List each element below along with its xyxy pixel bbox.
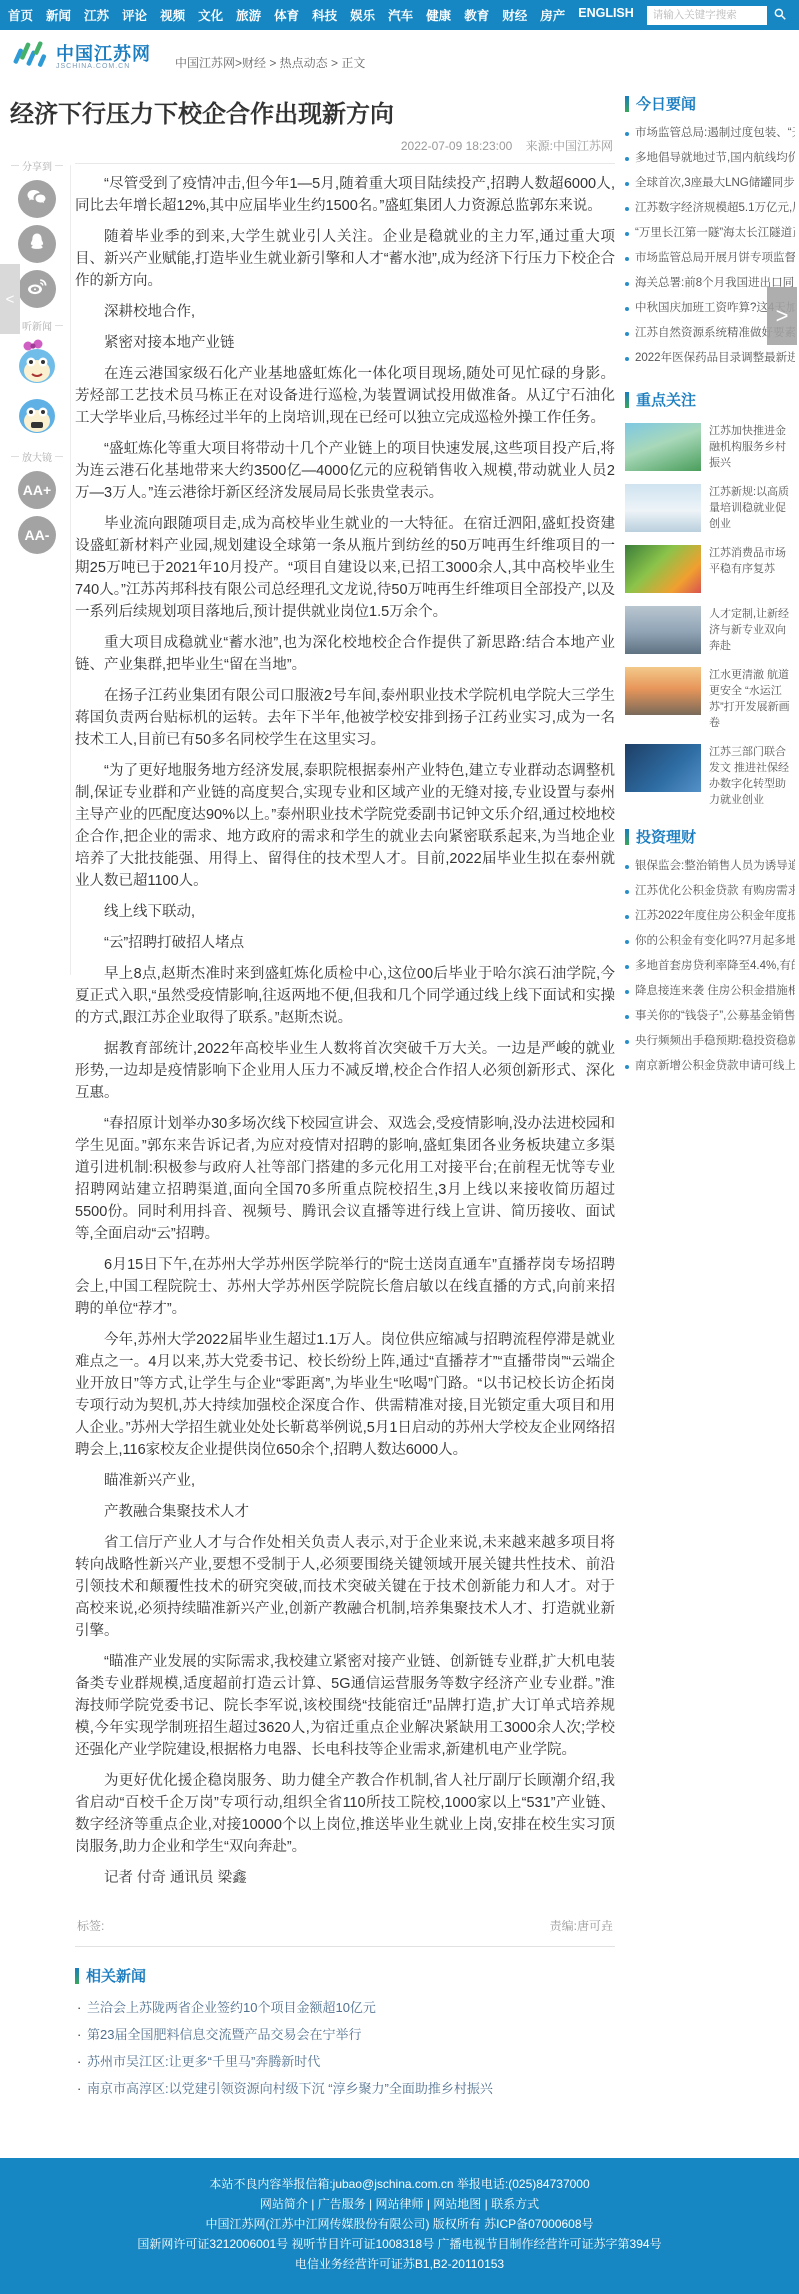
article-body: 2022-07-09 18:23:00 来源:中国江苏网 “尽管受到了疫情冲击,… [75, 129, 615, 2130]
nav-item[interactable]: 旅游 [236, 6, 261, 24]
breadcrumb[interactable]: 中国江苏网>财经 > 热点动态 > 正文 [175, 54, 365, 71]
focus-thumbnail[interactable] [625, 423, 701, 471]
article-date: 2022-07-09 18:23:00 [401, 139, 512, 153]
article-paragraph: 随着毕业季的到来,大学生就业引人关注。企业是稳就业的主力军,通过重大项目、新兴产… [75, 226, 615, 292]
focus-list: 江苏加快推进金融机构服务乡村振兴 江苏新规:以高质量培训稳就业促创业 江苏消费品… [625, 423, 795, 808]
article-paragraph: “春招原计划举办30多场次线下校园宣讲会、双选会,受疫情影响,没办法进校园和学生… [75, 1113, 615, 1245]
invest-title: 投资理财 [636, 826, 696, 847]
related-news-item[interactable]: 南京市高淳区:以党建引领资源向村级下沉 “淳乡聚力”全面助推乡村振兴 [75, 2075, 615, 2102]
nav-item[interactable]: 房产 [540, 6, 565, 24]
related-news-item[interactable]: 兰洽会上苏陇两省企业签约10个项目金额超10亿元 [75, 1994, 615, 2021]
font-minus-label: AA- [25, 527, 50, 543]
article-paragraph: 省工信厅产业人才与合作处相关负责人表示,对于企业来说,未来越来越多项目将转向战略… [75, 1532, 615, 1642]
section-accent-bar [625, 392, 629, 408]
nav-item[interactable]: 江苏 [84, 6, 109, 24]
main-content: 2022-07-09 18:23:00 来源:中国江苏网 “尽管受到了疫情冲击,… [0, 129, 799, 2130]
footer-lines: 本站不良内容举报信箱:jubao@jschina.com.cn 举报电话:(02… [0, 2176, 799, 2273]
article-byline: 记者 付奇 通讯员 梁鑫 [75, 1867, 615, 1889]
collapse-rail-button[interactable]: < [0, 264, 20, 334]
tag-row: 标签: 责编:唐可垚 [75, 1905, 615, 1947]
invest-item[interactable]: 你的公积金有变化吗?7月起多地调整 [625, 929, 795, 954]
article-paragraph: “云”招聘打破招人堵点 [75, 932, 615, 954]
footer-line: 网站简介 | 广告服务 | 网站律师 | 网站地图 | 联系方式 [0, 2196, 799, 2213]
article-paragraph: “为了更好地服务地方经济发展,泰职院根据泰州产业特色,建立专业群动态调整机制,保… [75, 760, 615, 892]
section-accent-bar [75, 1968, 79, 1984]
weibo-share-button[interactable] [18, 270, 56, 308]
nav-item[interactable]: 健康 [426, 6, 451, 24]
article-paragraph: 据教育部统计,2022年高校毕业生人数将首次突破千万大关。一边是严峻的就业形势,… [75, 1038, 615, 1104]
mascot-read-icon[interactable] [6, 391, 68, 439]
nav-item[interactable]: 教育 [464, 6, 489, 24]
nav-links: 首页新闻江苏评论视频文化旅游体育科技娱乐汽车健康教育财经房产ENGLISH [8, 6, 647, 24]
related-news-header: 相关新闻 [75, 1965, 615, 1986]
today-news-header: 今日要闻 [625, 93, 795, 114]
editor-label: 责编:唐可垚 [550, 1917, 613, 1934]
nav-item[interactable]: 视频 [160, 6, 185, 24]
section-accent-bar [625, 96, 629, 112]
article-paragraph: 毕业流向跟随项目走,成为高校毕业生就业的一大特征。在宿迁泗阳,盛虹投资建设盛虹新… [75, 513, 615, 623]
focus-item[interactable]: 人才定制,让新经济与新专业双向奔赴 [625, 606, 795, 654]
related-news-item[interactable]: 第23届全国肥料信息交流暨产品交易会在宁举行 [75, 2021, 615, 2048]
focus-thumbnail[interactable] [625, 606, 701, 654]
focus-item-title[interactable]: 江苏加快推进金融机构服务乡村振兴 [709, 423, 795, 471]
site-footer: 本站不良内容举报信箱:jubao@jschina.com.cn 举报电话:(02… [0, 2158, 799, 2294]
share-label: 分享到 [6, 158, 68, 173]
focus-thumbnail[interactable] [625, 667, 701, 715]
tags-label: 标签: [77, 1917, 104, 1934]
focus-item[interactable]: 江苏消费品市场平稳有序复苏 [625, 545, 795, 593]
weibo-icon [25, 275, 49, 304]
search-box [647, 6, 793, 25]
today-news-title: 今日要闻 [636, 93, 696, 114]
article-paragraph: 6月15日下午,在苏州大学苏州医学院举行的“院士送岗直通车”直播荐岗专场招聘会上… [75, 1254, 615, 1320]
article-paragraph: “尽管受到了疫情冲击,但今年1—5月,随着重大项目陆续投产,招聘人数超6000人… [75, 173, 615, 217]
footer-line: 本站不良内容举报信箱:jubao@jschina.com.cn 举报电话:(02… [0, 2176, 799, 2193]
nav-item[interactable]: 体育 [274, 6, 299, 24]
article-paragraph: 今年,苏州大学2022届毕业生超过1.1万人。岗位供应缩减与招聘流程停滞是就业难… [75, 1329, 615, 1461]
font-decrease-button[interactable]: AA- [18, 516, 56, 554]
focus-item-title[interactable]: 江苏新规:以高质量培训稳就业促创业 [709, 484, 795, 532]
footer-line: 中国江苏网(江苏中江网传媒股份有限公司) 版权所有 苏ICP备07000608号 [0, 2216, 799, 2233]
site-logo[interactable]: 中国江苏网 JSCHINA.COM.CN [10, 38, 151, 77]
focus-item-title[interactable]: 人才定制,让新经济与新专业双向奔赴 [709, 606, 795, 654]
article-source: 来源:中国江苏网 [526, 139, 613, 153]
article-paragraphs: “尽管受到了疫情冲击,但今年1—5月,随着重大项目陆续投产,招聘人数超6000人… [75, 173, 615, 1858]
footer-line: 国新网许可证3212006001号 视听节目许可证1008318号 广播电视节目… [0, 2236, 799, 2253]
article-paragraph: 瞄准新兴产业, [75, 1470, 615, 1492]
chevron-left-icon: < [6, 291, 15, 308]
invest-item[interactable]: 多地首套房贷利率降至4.4%,有的更低 [625, 954, 795, 979]
footer-line: 电信业务经营许可证苏B1,B2-20110153 [0, 2256, 799, 2273]
article-paragraph: 为更好优化援企稳岗服务、助力健全产教合作机制,省人社厅副厅长顾潮介绍,我省启动“… [75, 1770, 615, 1858]
search-input[interactable] [647, 6, 767, 25]
nav-item[interactable]: 评论 [122, 6, 147, 24]
article-paragraph: 重大项目成稳就业“蓄水池”,也为深化校地校企合作提供了新思路:结合本地产业链、产… [75, 632, 615, 676]
focus-thumbnail[interactable] [625, 744, 701, 792]
related-news-item[interactable]: 苏州市吴江区:让更多“千里马”奔腾新时代 [75, 2048, 615, 2075]
invest-list: 银保监会:整治销售人员为诱导追求业绩江苏优化公积金贷款 有购房需求的速看江苏20… [625, 854, 795, 1079]
today-news-item[interactable]: 江苏数字经济规模超5.1万亿元,居全国第二 [625, 196, 795, 221]
focus-item[interactable]: 江水更清澈 航道更安全 “水运江苏”打开发展新画卷 [625, 667, 795, 731]
chevron-right-icon: > [776, 303, 789, 329]
article-meta: 2022-07-09 18:23:00 来源:中国江苏网 [75, 129, 615, 164]
section-accent-bar [625, 829, 629, 845]
today-news-item[interactable]: 市场监管总局:遏制过度包装、“天价”月饼 [625, 121, 795, 146]
invest-item[interactable]: 江苏优化公积金贷款 有购房需求的速看 [625, 879, 795, 904]
article-paragraph: 线上线下联动, [75, 901, 615, 923]
font-plus-label: AA+ [23, 482, 51, 498]
article-paragraph: 产教融合集聚技术人才 [75, 1501, 615, 1523]
nav-item[interactable]: 文化 [198, 6, 223, 24]
focus-item[interactable]: 江苏新规:以高质量培训稳就业促创业 [625, 484, 795, 532]
focus-item-title[interactable]: 江水更清澈 航道更安全 “水运江苏”打开发展新画卷 [709, 667, 795, 731]
nav-item[interactable]: 娱乐 [350, 6, 375, 24]
invest-item[interactable]: 南京新增公积金贷款申请可线上办 [625, 1054, 795, 1079]
today-news-item[interactable]: 多地倡导就地过节,国内航线均价降29% [625, 146, 795, 171]
wechat-share-button[interactable] [18, 180, 56, 218]
nav-item[interactable]: 汽车 [388, 6, 413, 24]
search-icon [773, 7, 787, 24]
focus-title: 重点关注 [636, 389, 696, 410]
today-news-item[interactable]: “万里长江第一隧”海太长江隧道正式开工 [625, 221, 795, 246]
article-paragraph: 紧密对接本地产业链 [75, 332, 615, 354]
left-rail: 分享到 听新闻 放大镜 [6, 148, 68, 554]
nav-item[interactable]: 首页 [8, 6, 33, 24]
article-paragraph: 深耕校地合作, [75, 301, 615, 323]
invest-item[interactable]: 银保监会:整治销售人员为诱导追求业绩 [625, 854, 795, 879]
nav-item[interactable]: 科技 [312, 6, 337, 24]
today-news-item[interactable]: 2022年医保药品目录调整最新进展:344 [625, 346, 795, 371]
page-title: 经济下行压力下校企合作出现新方向 [10, 94, 610, 129]
invest-section: 投资理财 银保监会:整治销售人员为诱导追求业绩江苏优化公积金贷款 有购房需求的速… [625, 826, 795, 1079]
mascot-listen-icon[interactable] [6, 337, 68, 387]
focus-item-title[interactable]: 江苏三部门联合发文 推进社保经办数字化转型助力就业创业 [709, 744, 795, 808]
search-button[interactable] [767, 6, 793, 25]
related-news-section: 相关新闻 兰洽会上苏陇两省企业签约10个项目金额超10亿元第23届全国肥料信息交… [75, 1965, 615, 2102]
nav-item[interactable]: 新闻 [46, 6, 71, 24]
site-header: 中国江苏网 JSCHINA.COM.CN 中国江苏网>财经 > 热点动态 > 正… [0, 30, 799, 84]
top-nav-bar: 首页新闻江苏评论视频文化旅游体育科技娱乐汽车健康教育财经房产ENGLISH [0, 0, 799, 30]
focus-header: 重点关注 [625, 389, 795, 410]
invest-header: 投资理财 [625, 826, 795, 847]
wechat-icon [25, 185, 49, 214]
nav-item[interactable]: ENGLISH [578, 6, 634, 24]
article-paragraph: 早上8点,赵斯杰准时来到盛虹炼化质检中心,这位00后毕业于哈尔滨石油学院,今夏正… [75, 963, 615, 1029]
invest-item[interactable]: 事关你的“钱袋子”,公募基金销售新规 [625, 1004, 795, 1029]
article-paragraph: 在连云港国家级石化产业基地盛虹炼化一体化项目现场,随处可见忙碌的身影。芳烃部工艺… [75, 363, 615, 429]
logo-title: 中国江苏网 [56, 45, 151, 63]
today-news-item[interactable]: 市场监管总局开展月饼专项监督抽检 发现8批 [625, 246, 795, 271]
font-increase-button[interactable]: AA+ [18, 471, 56, 509]
focus-item-title[interactable]: 江苏消费品市场平稳有序复苏 [709, 545, 795, 593]
focus-item[interactable]: 江苏加快推进金融机构服务乡村振兴 [625, 423, 795, 471]
article-paragraph: “盛虹炼化等重大项目将带动十几个产业链上的项目快速发展,这些项目投产后,将为连云… [75, 438, 615, 504]
magnifier-label: 放大镜 [6, 449, 68, 464]
invest-item[interactable]: 降息接连来袭 住房公积金措施相继落地 [625, 979, 795, 1004]
focus-item[interactable]: 江苏三部门联合发文 推进社保经办数字化转型助力就业创业 [625, 744, 795, 808]
focus-thumbnail[interactable] [625, 545, 701, 593]
logo-mark-icon [10, 38, 50, 77]
article-paragraph: 在扬子江药业集团有限公司口服液2号车间,泰州职业技术学院机电学院大三学生蒋国负责… [75, 685, 615, 751]
sidebar-next-button[interactable]: > [767, 287, 797, 345]
qq-share-button[interactable] [18, 225, 56, 263]
nav-item[interactable]: 财经 [502, 6, 527, 24]
focus-section: 重点关注 江苏加快推进金融机构服务乡村振兴 江苏新规:以高质量培训稳就业促创业 [625, 389, 795, 808]
qq-icon [25, 230, 49, 259]
article-paragraph: “瞄准产业发展的实际需求,我校建立紧密对接产业链、创新链专业群,扩大机电装备类专… [75, 1651, 615, 1761]
sidebar: 今日要闻 市场监管总局:遏制过度包装、“天价”月饼多地倡导就地过节,国内航线均价… [625, 93, 795, 2130]
related-news-list: 兰洽会上苏陇两省企业签约10个项目金额超10亿元第23届全国肥料信息交流暨产品交… [75, 1994, 615, 2102]
logo-subtitle: JSCHINA.COM.CN [56, 63, 151, 70]
related-news-title: 相关新闻 [86, 1965, 146, 1986]
invest-item[interactable]: 央行频频出手稳预期:稳投资稳就业 [625, 1029, 795, 1054]
today-news-item[interactable]: 全球首次,3座最大LNG储罐同步升顶 [625, 171, 795, 196]
invest-item[interactable]: 江苏2022年度住房公积金年度报告发布 [625, 904, 795, 929]
focus-thumbnail[interactable] [625, 484, 701, 532]
